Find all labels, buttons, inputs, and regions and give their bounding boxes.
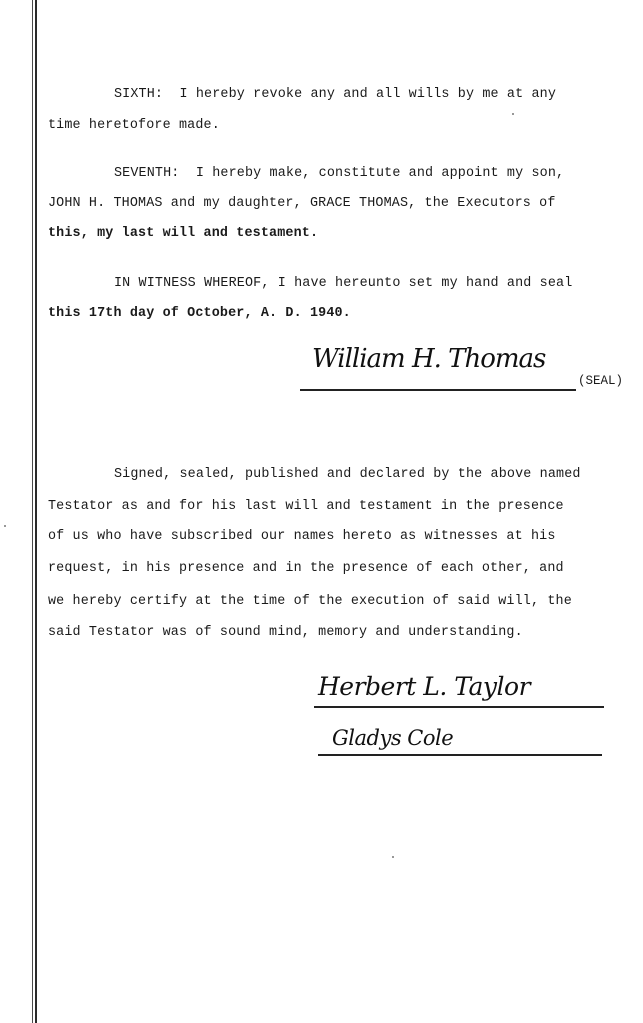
paragraph-sixth-line-1: SIXTH: I hereby revoke any and all wills…: [114, 87, 556, 102]
paragraph-attestation-line-6: said Testator was of sound mind, memory …: [48, 625, 523, 640]
margin-rule-right: [35, 0, 37, 1023]
testator-signature: William H. Thomas: [312, 344, 545, 374]
paragraph-attestation-line-1: Signed, sealed, published and declared b…: [114, 467, 581, 482]
witness-signature-line-2: [318, 754, 602, 756]
paragraph-attestation-line-3: of us who have subscribed our names here…: [48, 529, 556, 544]
paragraph-witness-line-1: IN WITNESS WHEREOF, I have hereunto set …: [114, 276, 572, 291]
paragraph-seventh-line-3: this, my last will and testament.: [48, 226, 318, 241]
witness-signature-line-1: [314, 706, 604, 708]
scan-speck: [4, 525, 6, 527]
paragraph-attestation-line-5: we hereby certify at the time of the exe…: [48, 594, 572, 609]
witness-signature-2: Gladys Cole: [332, 726, 453, 750]
witness-signature-1: Herbert L. Taylor: [318, 672, 530, 701]
testator-signature-line: [300, 389, 576, 391]
scan-speck: [512, 113, 514, 115]
paragraph-witness-line-2: this 17th day of October, A. D. 1940.: [48, 306, 351, 321]
paragraph-attestation-line-4: request, in his presence and in the pres…: [48, 561, 564, 576]
paragraph-attestation-line-2: Testator as and for his last will and te…: [48, 499, 564, 514]
seal-label: (SEAL): [578, 374, 623, 388]
scan-speck: [392, 856, 394, 858]
paragraph-sixth-line-2: time heretofore made.: [48, 118, 220, 133]
paragraph-seventh-line-1: SEVENTH: I hereby make, constitute and a…: [114, 166, 564, 181]
margin-rule-left: [32, 0, 33, 1023]
paragraph-seventh-line-2: JOHN H. THOMAS and my daughter, GRACE TH…: [48, 196, 556, 211]
